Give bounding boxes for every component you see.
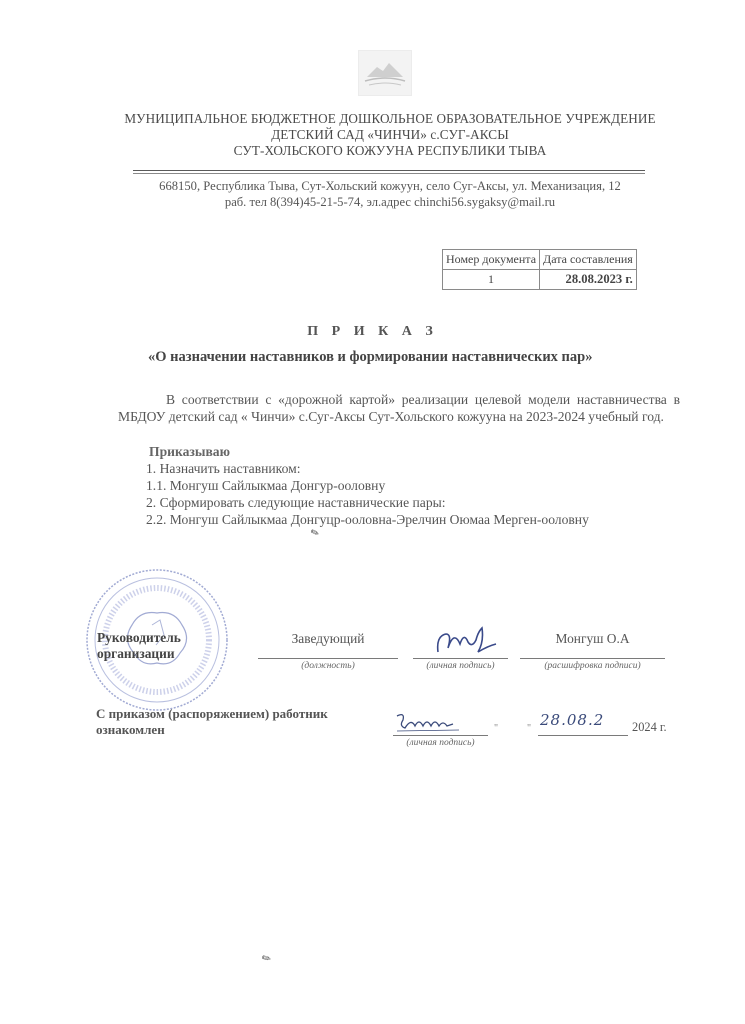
meta-value-row: 1 28.08.2023 г.	[443, 270, 637, 290]
doc-number-value: 1	[443, 270, 540, 290]
document-title: П Р И К А З	[0, 324, 745, 340]
handwritten-date: 28.08.2	[540, 711, 604, 729]
organization-address: 668150, Республика Тыва, Сут-Хольский ко…	[95, 178, 685, 210]
contact-line: раб. тел 8(394)45-21-5-74, эл.адрес chin…	[95, 194, 685, 210]
doc-number-header: Номер документа	[443, 250, 540, 270]
order-word: Приказываю	[146, 443, 589, 460]
year-suffix: 2024 г.	[632, 720, 667, 735]
employee-signature	[393, 710, 463, 734]
quote-close: "	[527, 723, 531, 734]
ack-line-1: С приказом (распоряжением) работник	[96, 706, 328, 722]
order-item: 1.1. Монгуш Сайлыкмаа Донгур-ооловну	[146, 477, 589, 494]
signature-line	[413, 658, 508, 659]
meta-header-row: Номер документа Дата составления	[443, 250, 637, 270]
employee-signature-caption: (личная подпись)	[393, 738, 488, 748]
order-item: 2. Сформировать следующие наставнические…	[146, 494, 589, 511]
doc-date-value: 28.08.2023 г.	[540, 270, 637, 290]
pen-mark: ✎	[259, 951, 273, 967]
organization-name: МУНИЦИПАЛЬНОЕ БЮДЖЕТНОЕ ДОШКОЛЬНОЕ ОБРАЗ…	[95, 111, 685, 159]
org-logo	[358, 50, 412, 96]
position-caption: (должность)	[258, 661, 398, 671]
name-caption: (расшифровка подписи)	[520, 661, 665, 671]
document-subtitle: «О назначении наставников и формировании…	[120, 349, 728, 366]
preamble-paragraph: В соответствии с «дорожной картой» реали…	[118, 391, 680, 425]
date-line	[538, 735, 628, 736]
doc-date-header: Дата составления	[540, 250, 637, 270]
position-line	[258, 658, 398, 659]
order-list: Приказываю 1. Назначить наставником: 1.1…	[146, 443, 589, 528]
signature-caption: (личная подпись)	[413, 661, 508, 671]
pen-mark: ✎	[309, 527, 321, 540]
handwritten-signature-icon	[393, 710, 463, 734]
role-line-2: организации	[97, 646, 181, 662]
ack-line-2: ознакомлен	[96, 722, 328, 738]
employee-signature-line	[393, 735, 488, 736]
document-meta-table: Номер документа Дата составления 1 28.08…	[442, 249, 637, 290]
director-signature	[432, 618, 502, 662]
position-value: Заведующий	[258, 631, 398, 647]
signatory-role: Руководитель организации	[97, 630, 181, 662]
org-line-1: МУНИЦИПАЛЬНОЕ БЮДЖЕТНОЕ ДОШКОЛЬНОЕ ОБРАЗ…	[95, 111, 685, 127]
mountain-emblem-icon	[359, 51, 411, 95]
order-item: 2.2. Монгуш Сайлыкмаа Донгуцр-ооловна-Эр…	[146, 511, 589, 528]
handwritten-signature-icon	[432, 618, 502, 662]
org-line-2: ДЕТСКИЙ САД «ЧИНЧИ» с.СУГ-АКСЫ	[95, 127, 685, 143]
header-divider-thin	[133, 173, 645, 174]
acknowledgement-label: С приказом (распоряжением) работник озна…	[96, 706, 328, 738]
role-line-1: Руководитель	[97, 630, 181, 646]
name-line	[520, 658, 665, 659]
address-line: 668150, Республика Тыва, Сут-Хольский ко…	[95, 178, 685, 194]
order-item: 1. Назначить наставником:	[146, 460, 589, 477]
header-divider	[133, 170, 645, 171]
org-line-3: СУТ-ХОЛЬСКОГО КОЖУУНА РЕСПУБЛИКИ ТЫВА	[95, 143, 685, 159]
quote-open: "	[494, 723, 498, 734]
signatory-name: Монгуш О.А	[520, 631, 665, 647]
